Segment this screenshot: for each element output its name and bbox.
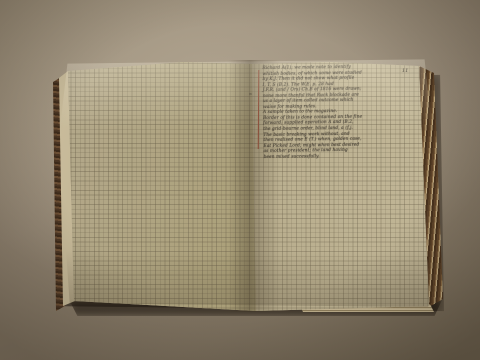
handwritten-entry: Richard A(1); we made note to identify w…: [262, 64, 415, 160]
margin-note: w: [249, 92, 252, 96]
page-number: 11: [402, 69, 408, 74]
photo-of-open-notebook: Richard A(1); we made note to identify w…: [0, 0, 480, 360]
